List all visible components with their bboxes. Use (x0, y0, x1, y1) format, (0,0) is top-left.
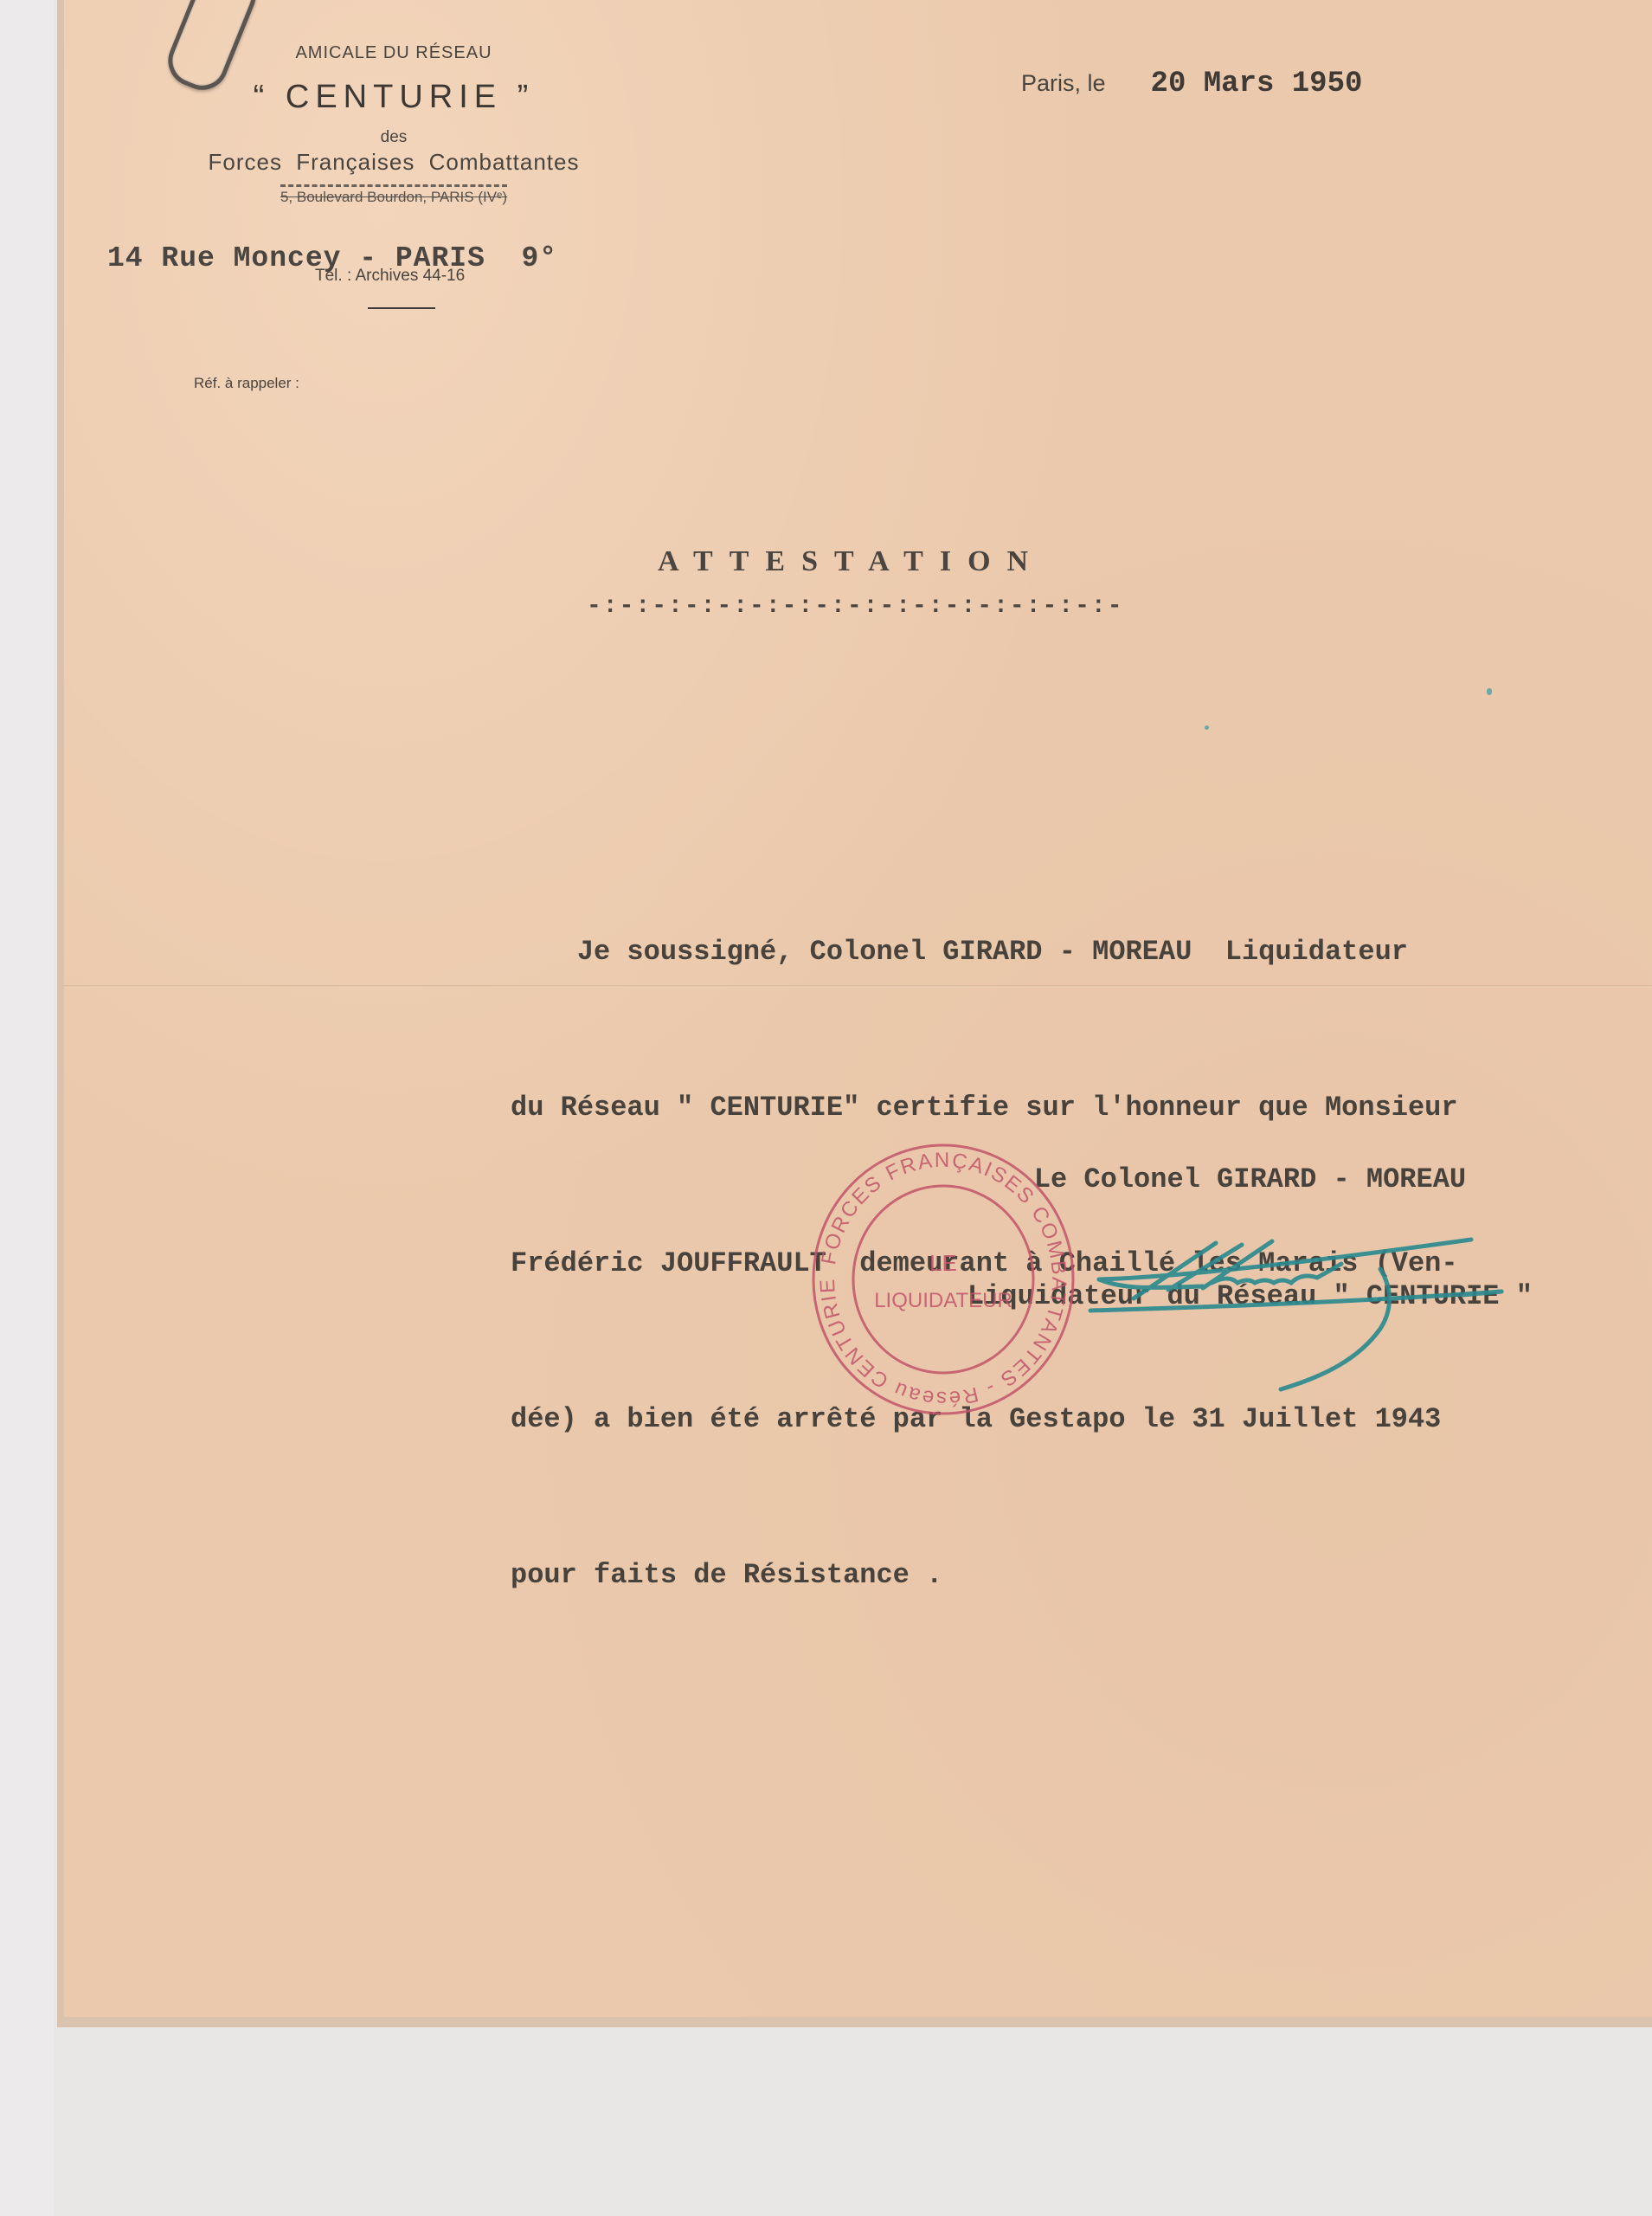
date-line: Paris, le 20 Mars 1950 (1021, 68, 1362, 100)
date-label: Paris, le (1021, 70, 1106, 97)
stamp-center-le: LE (929, 1250, 957, 1276)
telephone: Tél. : Archives 44-16 (315, 267, 465, 286)
letterhead-network-name: “ CENTURIE ” (190, 79, 597, 116)
date-value: 20 Mars 1950 (1151, 68, 1363, 100)
letterhead-amicale: AMICALE DU RÉSEAU (190, 43, 597, 63)
title-underline: -:-:-:-:-:-:-:-:-:-:-:-:-:-:-:-:- (587, 593, 1124, 620)
ink-speck (1205, 725, 1209, 730)
document-title: ATTESTATION (658, 545, 1177, 578)
official-stamp-icon: FORCES FRANÇAISES COMBATTANTES - Réseau … (809, 1141, 1077, 1418)
body-line: Je soussigné, Colonel GIRARD - MOREAU Li… (511, 926, 1636, 978)
reference-label: Réf. à rappeler : (194, 375, 299, 392)
letterhead: AMICALE DU RÉSEAU “ CENTURIE ” des Force… (190, 43, 597, 206)
letterhead-des: des (190, 128, 597, 147)
stamp-center-liquidateur: LIQUIDATEUR (874, 1289, 1012, 1312)
divider (368, 307, 435, 309)
handwritten-signature-icon (1073, 1212, 1523, 1402)
scanner-background (0, 0, 54, 2216)
body-line: pour faits de Résistance . (511, 1549, 1636, 1601)
letterhead-forces: Forces Françaises Combattantes (190, 149, 597, 176)
letterhead-struck-address: 5, Boulevard Bourdon, PARIS (IVᵉ) (280, 184, 507, 206)
ink-speck (1487, 688, 1492, 695)
